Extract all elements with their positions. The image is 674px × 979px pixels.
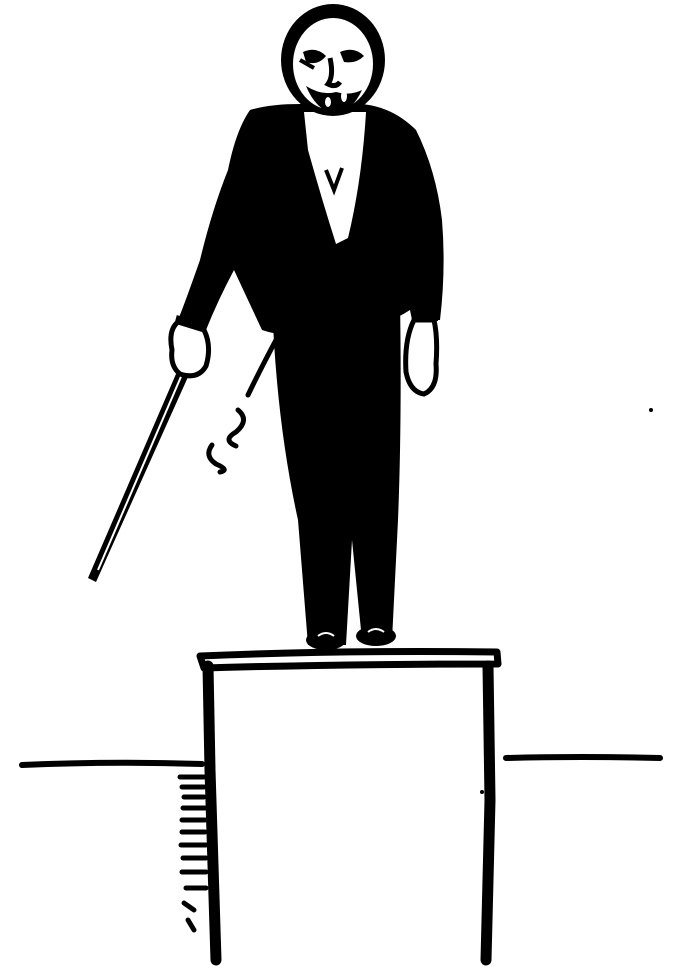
ink-speck	[649, 408, 653, 412]
head	[281, 4, 385, 116]
ink-drawing	[0, 0, 674, 979]
ink-speck	[480, 790, 484, 794]
